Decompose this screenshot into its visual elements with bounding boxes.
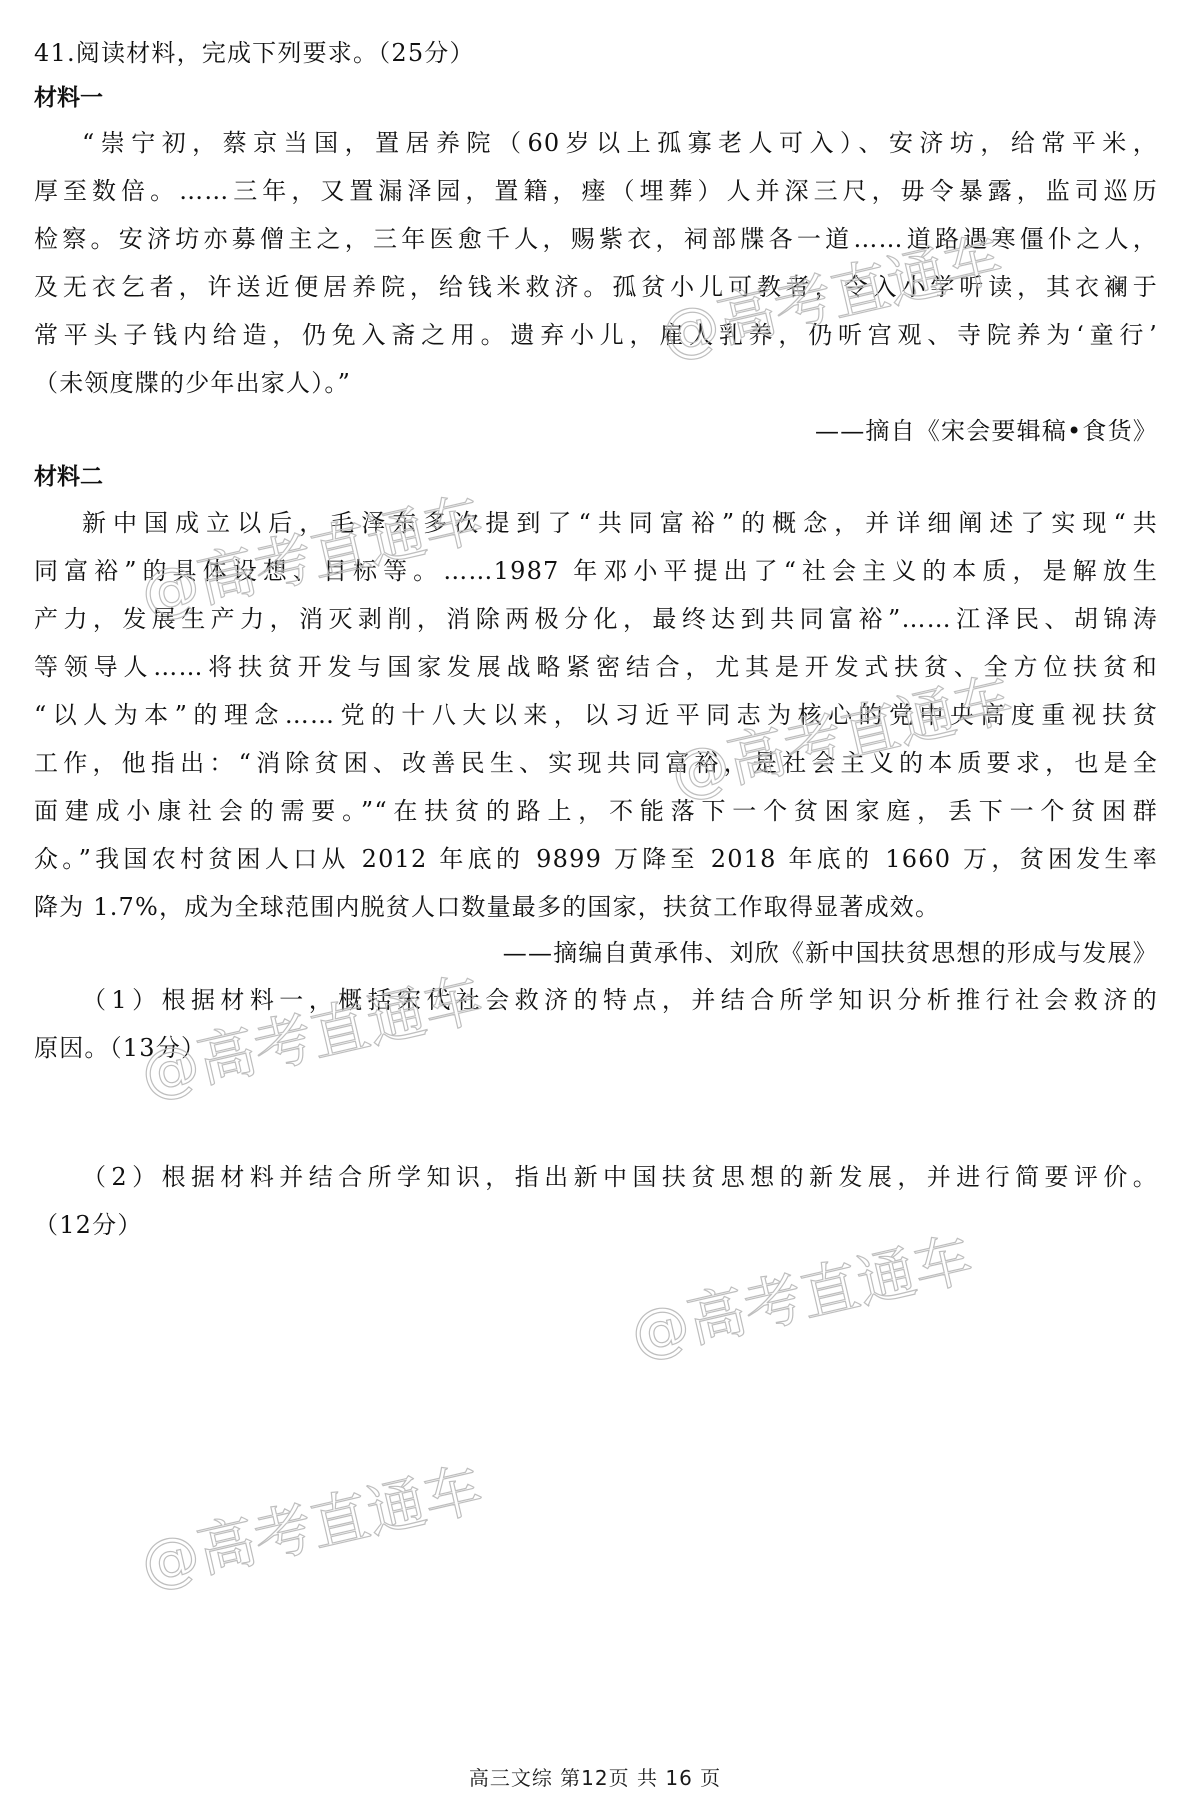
sub-question-1-line: （1）根据材料一，概括宋代社会救济的特点，并结合所学知识分析推行社会救济的 [34, 985, 1158, 1015]
material-one-line: 常平头子钱内给造，仍免入斋之用。遗弃小儿，雇人乳养，仍听宫观、寺院养为‘童行’ [34, 320, 1158, 350]
material-one-line: “崇宁初，蔡京当国，置居养院（60岁以上孤寡老人可入）、安济坊，给常平米， [34, 128, 1158, 158]
material-two-line: “以人为本”的理念……党的十八大以来，以习近平同志为核心的党中央高度重视扶贫 [34, 700, 1158, 730]
question-title: 41.阅读材料，完成下列要求。（25分） [34, 38, 475, 68]
page-footer: 高三文综 第12页 共 16 页 [0, 1765, 1190, 1791]
material-two-line: 降为 1.7%，成为全球范围内脱贫人口数量最多的国家，扶贫工作取得显著成效。 [34, 892, 940, 922]
material-two-line: 产力，发展生产力，消灭剥削，消除两极分化，最终达到共同富裕”……江泽民、胡锦涛 [34, 604, 1158, 634]
material-two-line: 等领导人……将扶贫开发与国家发展战略紧密结合，尤其是开发式扶贫、全方位扶贫和 [34, 652, 1158, 682]
material-two-line: 新中国成立以后，毛泽东多次提到了“共同富裕”的概念，并详细阐述了实现“共 [34, 508, 1158, 538]
material-two-line: 面建成小康社会的需要。”“在扶贫的路上，不能落下一个贫困家庭，丢下一个贫困群 [34, 796, 1158, 826]
material-one-heading: 材料一 [34, 83, 103, 113]
sub-question-2-line: （12分） [34, 1210, 143, 1240]
sub-question-1-line: 原因。（13分） [34, 1033, 206, 1063]
material-two-line: 众。”我国农村贫困人口从 2012 年底的 9899 万降至 2018 年底的 … [34, 844, 1158, 874]
material-one-line: 及无衣乞者，许送近便居养院，给钱米救济。孤贫小儿可教者，令入小学听读，其衣襕于 [34, 272, 1158, 302]
material-two-source: ——摘编自黄承伟、刘欣《新中国扶贫思想的形成与发展》 [503, 938, 1158, 968]
material-one-line: 厚至数倍。……三年，又置漏泽园，置籍，瘗（埋葬）人并深三尺，毋令暴露，监司巡历 [34, 176, 1158, 206]
material-one-line: 检察。安济坊亦募僧主之，三年医愈千人，赐紫衣，祠部牒各一道……道路遇寒僵仆之人， [34, 224, 1158, 254]
material-two-line: 同富裕”的具体设想、目标等。……1987 年邓小平提出了“社会主义的本质，是解放… [34, 556, 1158, 586]
material-one-source: ——摘自《宋会要辑稿•食货》 [815, 416, 1158, 446]
watermark: @高考直通车 [664, 664, 1019, 810]
material-two-heading: 材料二 [34, 462, 103, 492]
material-two-line: 工作，他指出：“消除贫困、改善民生、实现共同富裕，是社会主义的本质要求，也是全 [34, 748, 1158, 778]
material-one-line: （未领度牒的少年出家人）。” [34, 368, 351, 398]
watermark: @高考直通车 [134, 1454, 489, 1600]
sub-question-2-line: （2）根据材料并结合所学知识，指出新中国扶贫思想的新发展，并进行简要评价。 [34, 1162, 1158, 1192]
watermark: @高考直通车 [624, 1224, 979, 1370]
